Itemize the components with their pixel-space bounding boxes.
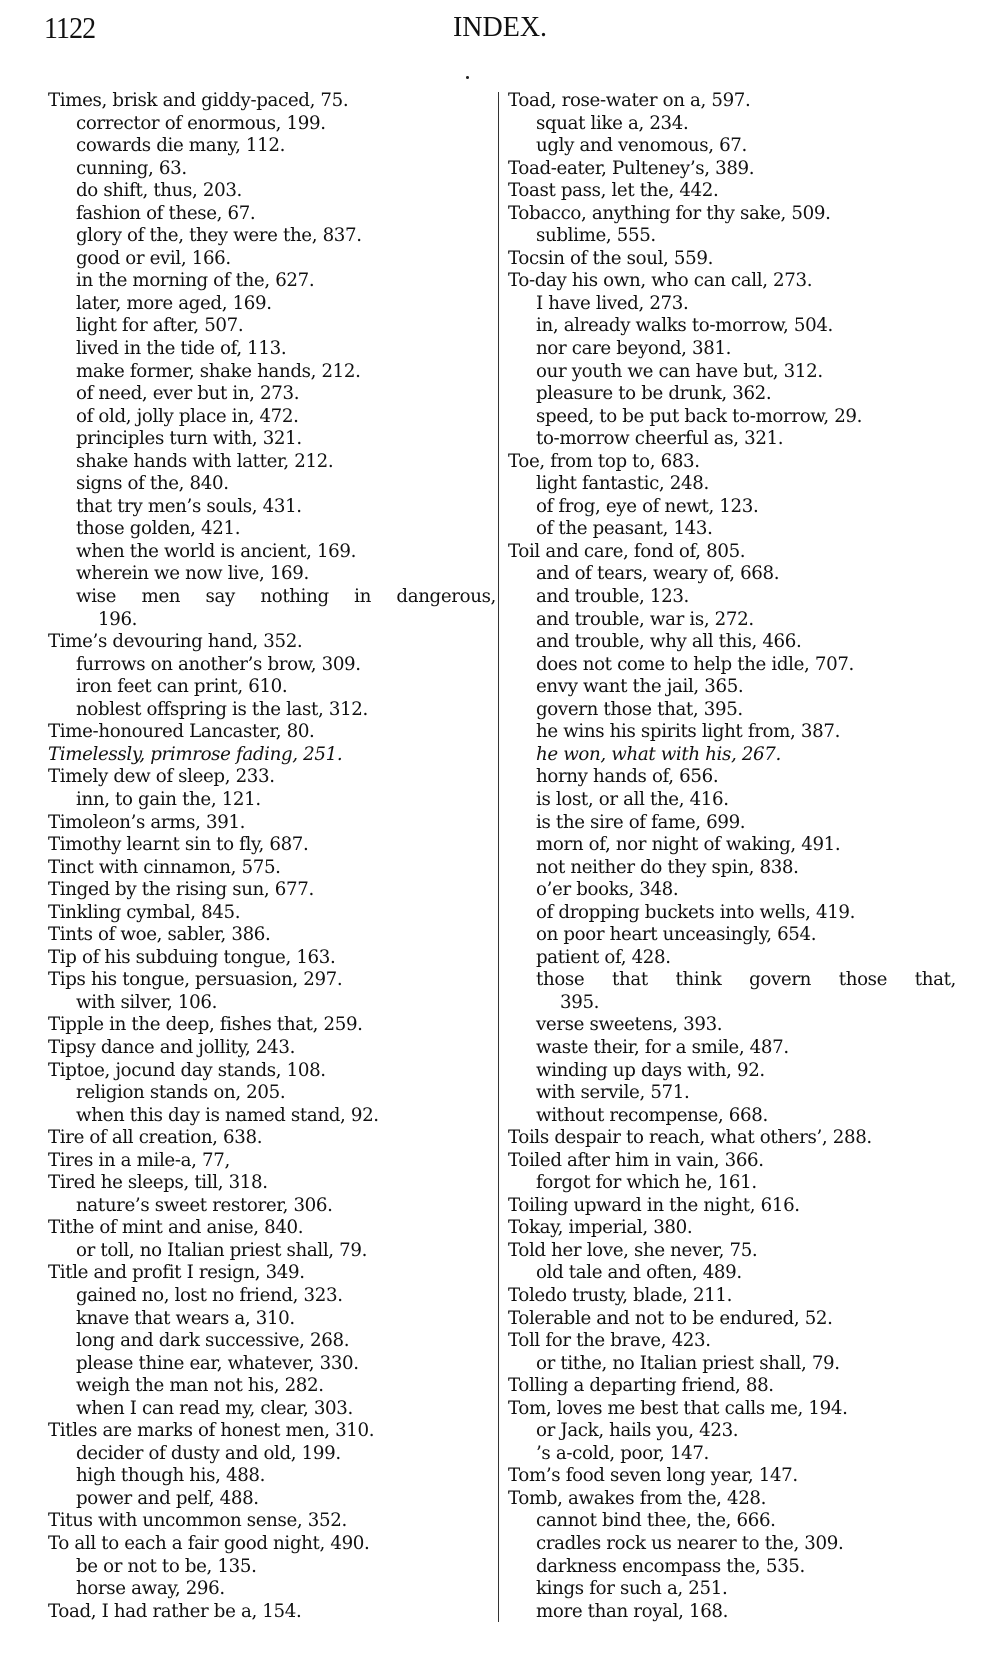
index-subentry: noblest offspring is the last, 312.: [40, 699, 490, 722]
index-entry: Tokay, imperial, 380.: [504, 1217, 954, 1240]
index-subentry: signs of the, 840.: [40, 473, 490, 496]
index-entry: Tip of his subduing tongue, 163.: [40, 947, 490, 970]
index-subentry: govern those that, 395.: [504, 699, 954, 722]
index-subentry: of old, jolly place in, 472.: [40, 406, 490, 429]
index-subentry: of dropping buckets into wells, 419.: [504, 902, 954, 925]
index-subentry: light fantastic, 248.: [504, 473, 954, 496]
index-subentry: ugly and venomous, 67.: [504, 135, 954, 158]
index-subentry: forgot for which he, 161.: [504, 1172, 954, 1195]
index-subentry: be or not to be, 135.: [40, 1556, 490, 1579]
index-subentry: ’s a-cold, poor, 147.: [504, 1443, 954, 1466]
index-subentry: of the peasant, 143.: [504, 518, 954, 541]
index-subentry: or tithe, no Italian priest shall, 79.: [504, 1353, 954, 1376]
index-subentry: our youth we can have but, 312.: [504, 361, 954, 384]
index-subentry: iron feet can print, 610.: [40, 676, 490, 699]
index-subentry: verse sweetens, 393.: [504, 1014, 954, 1037]
index-entry: To all to each a fair good night, 490.: [40, 1533, 490, 1556]
index-subentry: waste their, for a smile, 487.: [504, 1037, 954, 1060]
index-subentry: with silver, 106.: [40, 992, 490, 1015]
index-subentry: do shift, thus, 203.: [40, 180, 490, 203]
index-subentry: is lost, or all the, 416.: [504, 789, 954, 812]
index-entry: Tinkling cymbal, 845.: [40, 902, 490, 925]
index-column-left: Times, brisk and giddy-paced, 75.correct…: [40, 90, 490, 1623]
index-subentry: later, more aged, 169.: [40, 293, 490, 316]
index-subentry: and trouble, why all this, 466.: [504, 631, 954, 654]
index-entry: Time’s devouring hand, 352.: [40, 631, 490, 654]
column-divider: [498, 92, 499, 1622]
index-subentry: he wins his spirits light from, 387.: [504, 721, 954, 744]
index-entry: Toiled after him in vain, 366.: [504, 1150, 954, 1173]
index-subentry: speed, to be put back to-morrow, 29.: [504, 406, 954, 429]
index-entry: Timely dew of sleep, 233.: [40, 766, 490, 789]
index-entry: Toe, from top to, 683.: [504, 451, 954, 474]
index-subentry: those that think govern those that,: [504, 969, 956, 992]
index-entry: Tinged by the rising sun, 677.: [40, 879, 490, 902]
index-subentry: cowards die many, 112.: [40, 135, 490, 158]
index-entry: Tips his tongue, persuasion, 297.: [40, 969, 490, 992]
index-subentry: cunning, 63.: [40, 158, 490, 181]
index-subentry: fashion of these, 67.: [40, 203, 490, 226]
index-entry: Toad, rose-water on a, 597.: [504, 90, 954, 113]
index-continuation: 395.: [504, 992, 954, 1015]
index-entry: Times, brisk and giddy-paced, 75.: [40, 90, 490, 113]
index-subentry: horse away, 296.: [40, 1578, 490, 1601]
index-subentry: long and dark successive, 268.: [40, 1330, 490, 1353]
index-subentry: corrector of enormous, 199.: [40, 113, 490, 136]
index-subentry: kings for such a, 251.: [504, 1578, 954, 1601]
index-entry: Toiling upward in the night, 616.: [504, 1195, 954, 1218]
index-subentry: winding up days with, 92.: [504, 1060, 954, 1083]
index-entry: Timelessly, primrose fading, 251.: [40, 744, 490, 767]
index-entry: Tolerable and not to be endured, 52.: [504, 1308, 954, 1331]
index-subentry: decider of dusty and old, 199.: [40, 1443, 490, 1466]
index-entry: Tired he sleeps, till, 318.: [40, 1172, 490, 1195]
index-subentry: in the morning of the, 627.: [40, 270, 490, 293]
index-entry: Tomb, awakes from the, 428.: [504, 1488, 954, 1511]
index-entry: Tipsy dance and jollity, 243.: [40, 1037, 490, 1060]
index-subentry: wise men say nothing in dangerous,: [40, 586, 496, 609]
index-entry: Timoleon’s arms, 391.: [40, 812, 490, 835]
index-subentry: when this day is named stand, 92.: [40, 1105, 490, 1128]
index-entry: Toast pass, let the, 442.: [504, 180, 954, 203]
index-entry: Titus with uncommon sense, 352.: [40, 1510, 490, 1533]
index-entry: To-day his own, who can call, 273.: [504, 270, 954, 293]
index-subentry: please thine ear, whatever, 330.: [40, 1353, 490, 1376]
index-subentry: not neither do they spin, 838.: [504, 857, 954, 880]
index-subentry: more than royal, 168.: [504, 1601, 954, 1624]
index-entry: Toad, I had rather be a, 154.: [40, 1601, 490, 1624]
index-continuation: 196.: [40, 609, 490, 632]
index-entry: Tocsin of the soul, 559.: [504, 248, 954, 271]
index-subentry: horny hands of, 656.: [504, 766, 954, 789]
index-entry: Timothy learnt sin to fly, 687.: [40, 834, 490, 857]
index-subentry: weigh the man not his, 282.: [40, 1375, 490, 1398]
index-subentry: those golden, 421.: [40, 518, 490, 541]
index-entry: Title and profit I resign, 349.: [40, 1262, 490, 1285]
index-subentry: with servile, 571.: [504, 1082, 954, 1105]
index-entry: Tire of all creation, 638.: [40, 1127, 490, 1150]
index-subentry: when I can read my, clear, 303.: [40, 1398, 490, 1421]
index-subentry: religion stands on, 205.: [40, 1082, 490, 1105]
index-subentry: on poor heart unceasingly, 654.: [504, 924, 954, 947]
index-subentry: make former, shake hands, 212.: [40, 361, 490, 384]
index-subentry: and trouble, 123.: [504, 586, 954, 609]
index-subentry: envy want the jail, 365.: [504, 676, 954, 699]
index-subentry: or toll, no Italian priest shall, 79.: [40, 1240, 490, 1263]
index-subentry: or Jack, hails you, 423.: [504, 1420, 954, 1443]
running-head: INDEX.: [0, 12, 1000, 44]
index-entry: Time-honoured Lancaster, 80.: [40, 721, 490, 744]
index-entry: Tobacco, anything for thy sake, 509.: [504, 203, 954, 226]
index-subentry: squat like a, 234.: [504, 113, 954, 136]
index-entry: Tom’s food seven long year, 147.: [504, 1465, 954, 1488]
index-subentry: knave that wears a, 310.: [40, 1308, 490, 1331]
index-entry: Tom, loves me best that calls me, 194.: [504, 1398, 954, 1421]
index-subentry: nor care beyond, 381.: [504, 338, 954, 361]
index-entry: Toll for the brave, 423.: [504, 1330, 954, 1353]
index-subentry: principles turn with, 321.: [40, 428, 490, 451]
index-entry: Toad-eater, Pulteney’s, 389.: [504, 158, 954, 181]
index-column-right: Toad, rose-water on a, 597.squat like a,…: [504, 90, 954, 1623]
index-subentry: of need, ever but in, 273.: [40, 383, 490, 406]
index-subentry: o’er books, 348.: [504, 879, 954, 902]
index-subentry: shake hands with latter, 212.: [40, 451, 490, 474]
index-subentry: patient of, 428.: [504, 947, 954, 970]
index-subentry: when the world is ancient, 169.: [40, 541, 490, 564]
index-entry: Tints of woe, sabler, 386.: [40, 924, 490, 947]
index-subentry: nature’s sweet restorer, 306.: [40, 1195, 490, 1218]
index-subentry: power and pelf, 488.: [40, 1488, 490, 1511]
index-subentry: in, already walks to-morrow, 504.: [504, 315, 954, 338]
index-subentry: wherein we now live, 169.: [40, 563, 490, 586]
index-subentry: pleasure to be drunk, 362.: [504, 383, 954, 406]
index-subentry: gained no, lost no friend, 323.: [40, 1285, 490, 1308]
index-subentry: glory of the, they were the, 837.: [40, 225, 490, 248]
index-subentry: is the sire of fame, 699.: [504, 812, 954, 835]
index-entry: Tinct with cinnamon, 575.: [40, 857, 490, 880]
index-entry: Told her love, she never, 75.: [504, 1240, 954, 1263]
index-subentry: he won, what with his, 267.: [504, 744, 954, 767]
index-subentry: furrows on another’s brow, 309.: [40, 654, 490, 677]
index-entry: Tolling a departing friend, 88.: [504, 1375, 954, 1398]
index-subentry: old tale and often, 489.: [504, 1262, 954, 1285]
index-subentry: and trouble, war is, 272.: [504, 609, 954, 632]
index-subentry: cannot bind thee, the, 666.: [504, 1510, 954, 1533]
index-subentry: sublime, 555.: [504, 225, 954, 248]
index-subentry: that try men’s souls, 431.: [40, 496, 490, 519]
index-subentry: cradles rock us nearer to the, 309.: [504, 1533, 954, 1556]
index-entry: Tithe of mint and anise, 840.: [40, 1217, 490, 1240]
index-subentry: does not come to help the idle, 707.: [504, 654, 954, 677]
index-entry: Toledo trusty, blade, 211.: [504, 1285, 954, 1308]
index-subentry: darkness encompass the, 535.: [504, 1556, 954, 1579]
index-subentry: high though his, 488.: [40, 1465, 490, 1488]
index-subentry: good or evil, 166.: [40, 248, 490, 271]
index-entry: Tires in a mile-a, 77,: [40, 1150, 490, 1173]
index-entry: Titles are marks of honest men, 310.: [40, 1420, 490, 1443]
index-subentry: inn, to gain the, 121.: [40, 789, 490, 812]
index-subentry: morn of, nor night of waking, 491.: [504, 834, 954, 857]
index-subentry: lived in the tide of, 113.: [40, 338, 490, 361]
index-subentry: of frog, eye of newt, 123.: [504, 496, 954, 519]
index-entry: Toils despair to reach, what others’, 28…: [504, 1127, 954, 1150]
print-speck: [466, 76, 469, 79]
index-entry: Toil and care, fond of, 805.: [504, 541, 954, 564]
index-subentry: and of tears, weary of, 668.: [504, 563, 954, 586]
index-entry: Tipple in the deep, fishes that, 259.: [40, 1014, 490, 1037]
index-subentry: I have lived, 273.: [504, 293, 954, 316]
index-entry: Tiptoe, jocund day stands, 108.: [40, 1060, 490, 1083]
index-subentry: without recompense, 668.: [504, 1105, 954, 1128]
index-subentry: light for after, 507.: [40, 315, 490, 338]
index-subentry: to-morrow cheerful as, 321.: [504, 428, 954, 451]
